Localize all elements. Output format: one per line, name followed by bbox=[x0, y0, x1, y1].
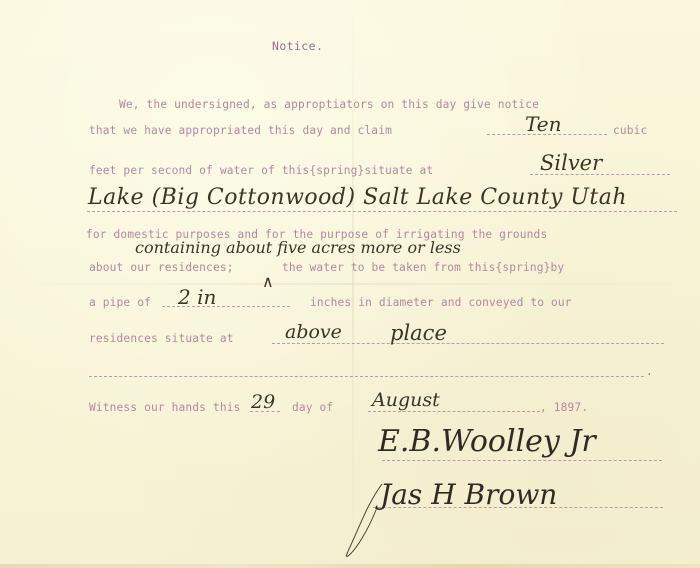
typed-line-10a: Witness our hands this bbox=[89, 402, 240, 413]
insertion-caret-icon: ∧ bbox=[262, 272, 274, 291]
document-title: Notice. bbox=[272, 39, 323, 53]
handwritten-month: August bbox=[372, 391, 440, 410]
handwritten-pipe-size: 2 in bbox=[178, 287, 216, 307]
handwritten-location-1: Silver bbox=[540, 153, 602, 174]
typed-line-8: residences situate at bbox=[89, 333, 234, 344]
typed-line-10c: , 1897. bbox=[540, 402, 588, 413]
handwritten-residence-2: place bbox=[390, 323, 447, 344]
handwritten-insertion: containing about five acres more or less bbox=[135, 240, 461, 256]
signature-line-1 bbox=[382, 460, 662, 461]
handwritten-day: 29 bbox=[251, 393, 275, 412]
typed-line-10b: day of bbox=[292, 402, 333, 413]
blank-residence-location bbox=[272, 343, 664, 344]
signature-1: E.B.Woolley Jr bbox=[378, 424, 596, 459]
signature-2: Jas H Brown bbox=[380, 478, 557, 511]
blank-continuation bbox=[89, 376, 644, 377]
period: . bbox=[646, 366, 653, 377]
blank-location-continued bbox=[87, 211, 677, 212]
typed-line-3: feet per second of water of this{spring}… bbox=[89, 165, 433, 176]
typed-line-7b: inches in diameter and conveyed to our bbox=[310, 297, 572, 308]
typed-line-6b: the water to be taken from this{spring}b… bbox=[282, 262, 564, 273]
blank-month bbox=[368, 411, 540, 412]
typed-line-6a: about our residences; bbox=[89, 262, 234, 273]
paper-edge bbox=[0, 564, 700, 568]
signature-flourish-icon bbox=[340, 480, 400, 560]
typed-line-2a: that we have appropriated this day and c… bbox=[89, 125, 392, 136]
scanned-document: Notice. We, the undersigned, as appropti… bbox=[0, 0, 700, 568]
handwritten-cubic-feet: Ten bbox=[525, 114, 562, 134]
typed-line-7a: a pipe of bbox=[89, 297, 151, 308]
handwritten-residence-1: above bbox=[285, 323, 342, 342]
typed-line-1: We, the undersigned, as approptiators on… bbox=[119, 99, 539, 110]
typed-line-2b: cubic bbox=[613, 125, 647, 136]
fold-crease-horizontal bbox=[0, 283, 700, 285]
handwritten-location-2: Lake (Big Cottonwood) Salt Lake County U… bbox=[88, 187, 627, 209]
